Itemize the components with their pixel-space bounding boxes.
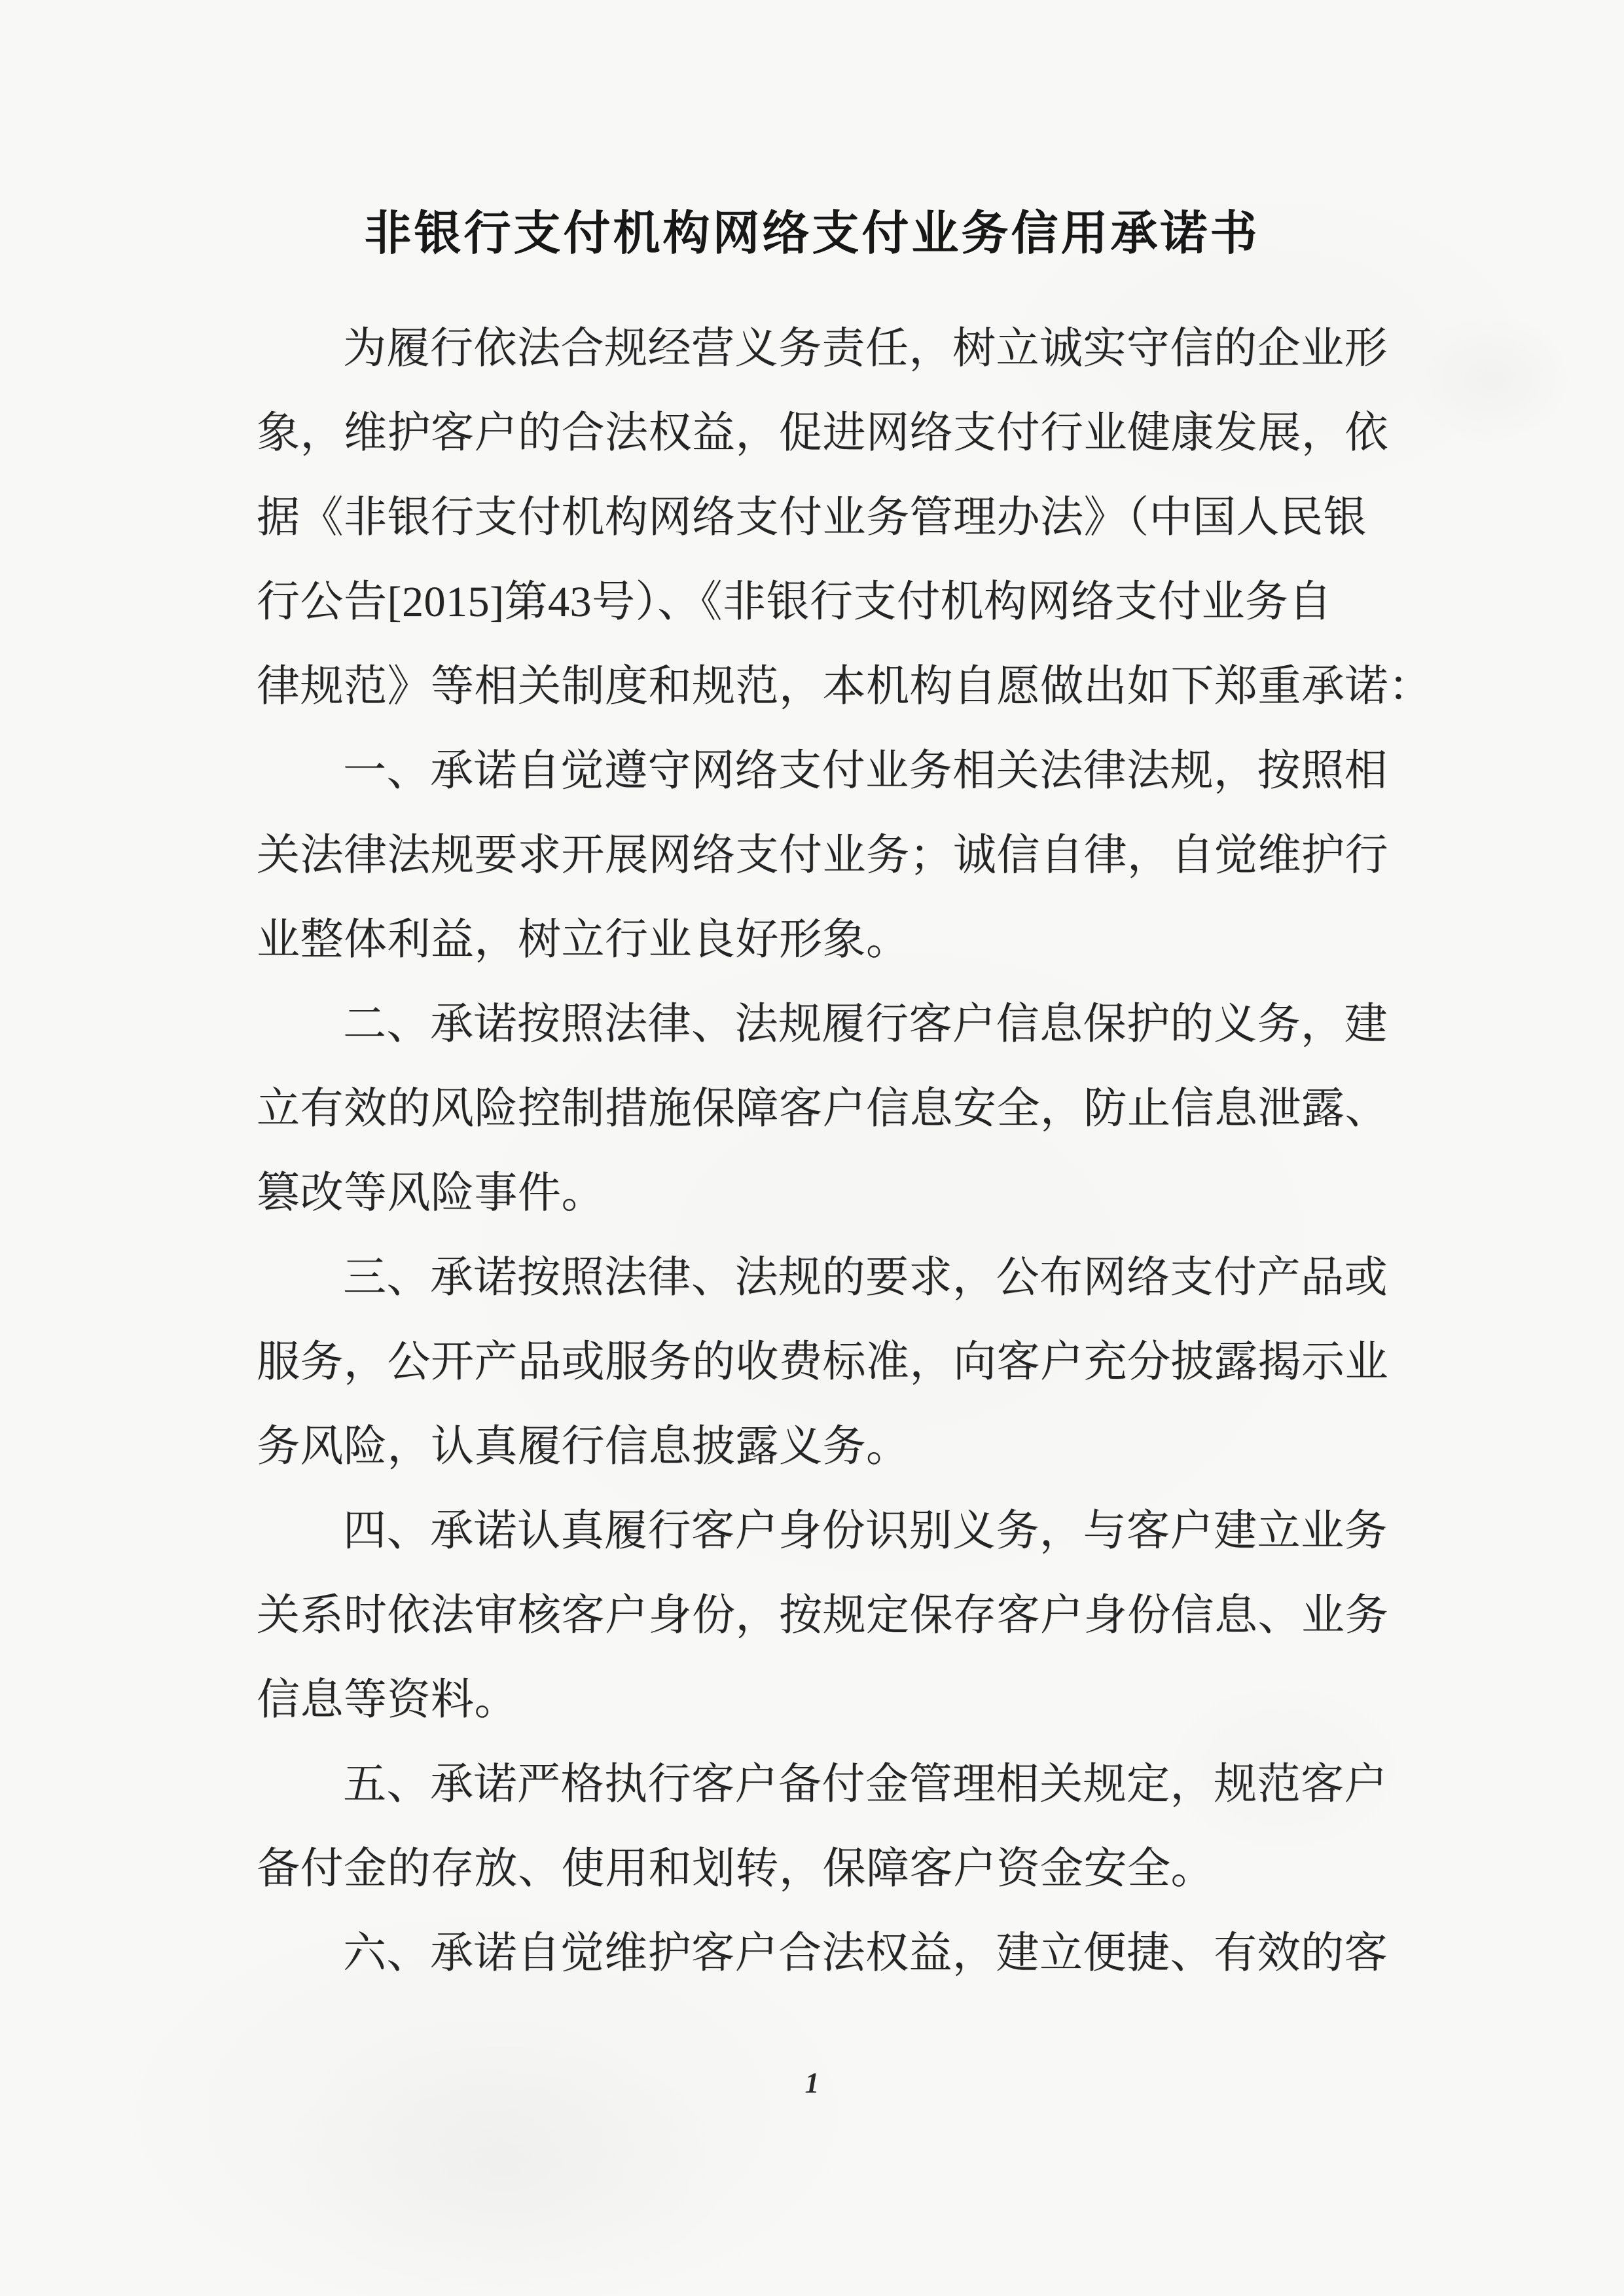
text-line: 服务，公开产品或服务的收费标准，向客户充分披露揭示业	[257, 1320, 1388, 1404]
text-line: 三、承诺按照法律、法规的要求，公布网络支付产品或	[257, 1235, 1388, 1320]
document-title: 非银行支付机构网络支付业务信用承诺书	[0, 204, 1624, 263]
text-line: 业整体利益，树立行业良好形象。	[257, 898, 1388, 982]
text-line: 信息等资料。	[257, 1658, 1388, 1742]
text-line: 关系时依法审核客户身份，按规定保存客户身份信息、业务	[257, 1573, 1388, 1658]
text-line: 五、承诺严格执行客户备付金管理相关规定，规范客户	[257, 1742, 1388, 1827]
text-line: 篡改等风险事件。	[257, 1151, 1388, 1235]
text-line: 据《非银行支付机构网络支付业务管理办法》（中国人民银	[257, 475, 1388, 560]
text-line: 一、承诺自觉遵守网络支付业务相关法律法规，按照相	[257, 729, 1388, 813]
text-line: 关法律法规要求开展网络支付业务；诚信自律，自觉维护行	[257, 813, 1388, 898]
text-line: 四、承诺认真履行客户身份识别义务，与客户建立业务	[257, 1489, 1388, 1573]
document-body: 为履行依法合规经营义务责任，树立诚实守信的企业形象，维护客户的合法权益，促进网络…	[257, 306, 1388, 1995]
scan-artifact	[1407, 314, 1578, 445]
text-line: 律规范》等相关制度和规范，本机构自愿做出如下郑重承诺：	[257, 644, 1388, 729]
text-line: 立有效的风险控制措施保障客户信息安全，防止信息泄露、	[257, 1066, 1388, 1151]
text-line: 象，维护客户的合法权益，促进网络支付行业健康发展，依	[257, 391, 1388, 475]
text-line: 为履行依法合规经营义务责任，树立诚实守信的企业形	[257, 306, 1388, 391]
page-number: 1	[0, 2064, 1624, 2103]
text-line: 备付金的存放、使用和划转，保障客户资金安全。	[257, 1827, 1388, 1911]
text-line: 行公告[2015]第43号）、《非银行支付机构网络支付业务自	[257, 560, 1388, 644]
text-line: 二、承诺按照法律、法规履行客户信息保护的义务，建	[257, 982, 1388, 1066]
document-page: 非银行支付机构网络支付业务信用承诺书 为履行依法合规经营义务责任，树立诚实守信的…	[0, 0, 1624, 2296]
text-line: 六、承诺自觉维护客户合法权益，建立便捷、有效的客	[257, 1911, 1388, 1995]
text-line: 务风险，认真履行信息披露义务。	[257, 1404, 1388, 1489]
